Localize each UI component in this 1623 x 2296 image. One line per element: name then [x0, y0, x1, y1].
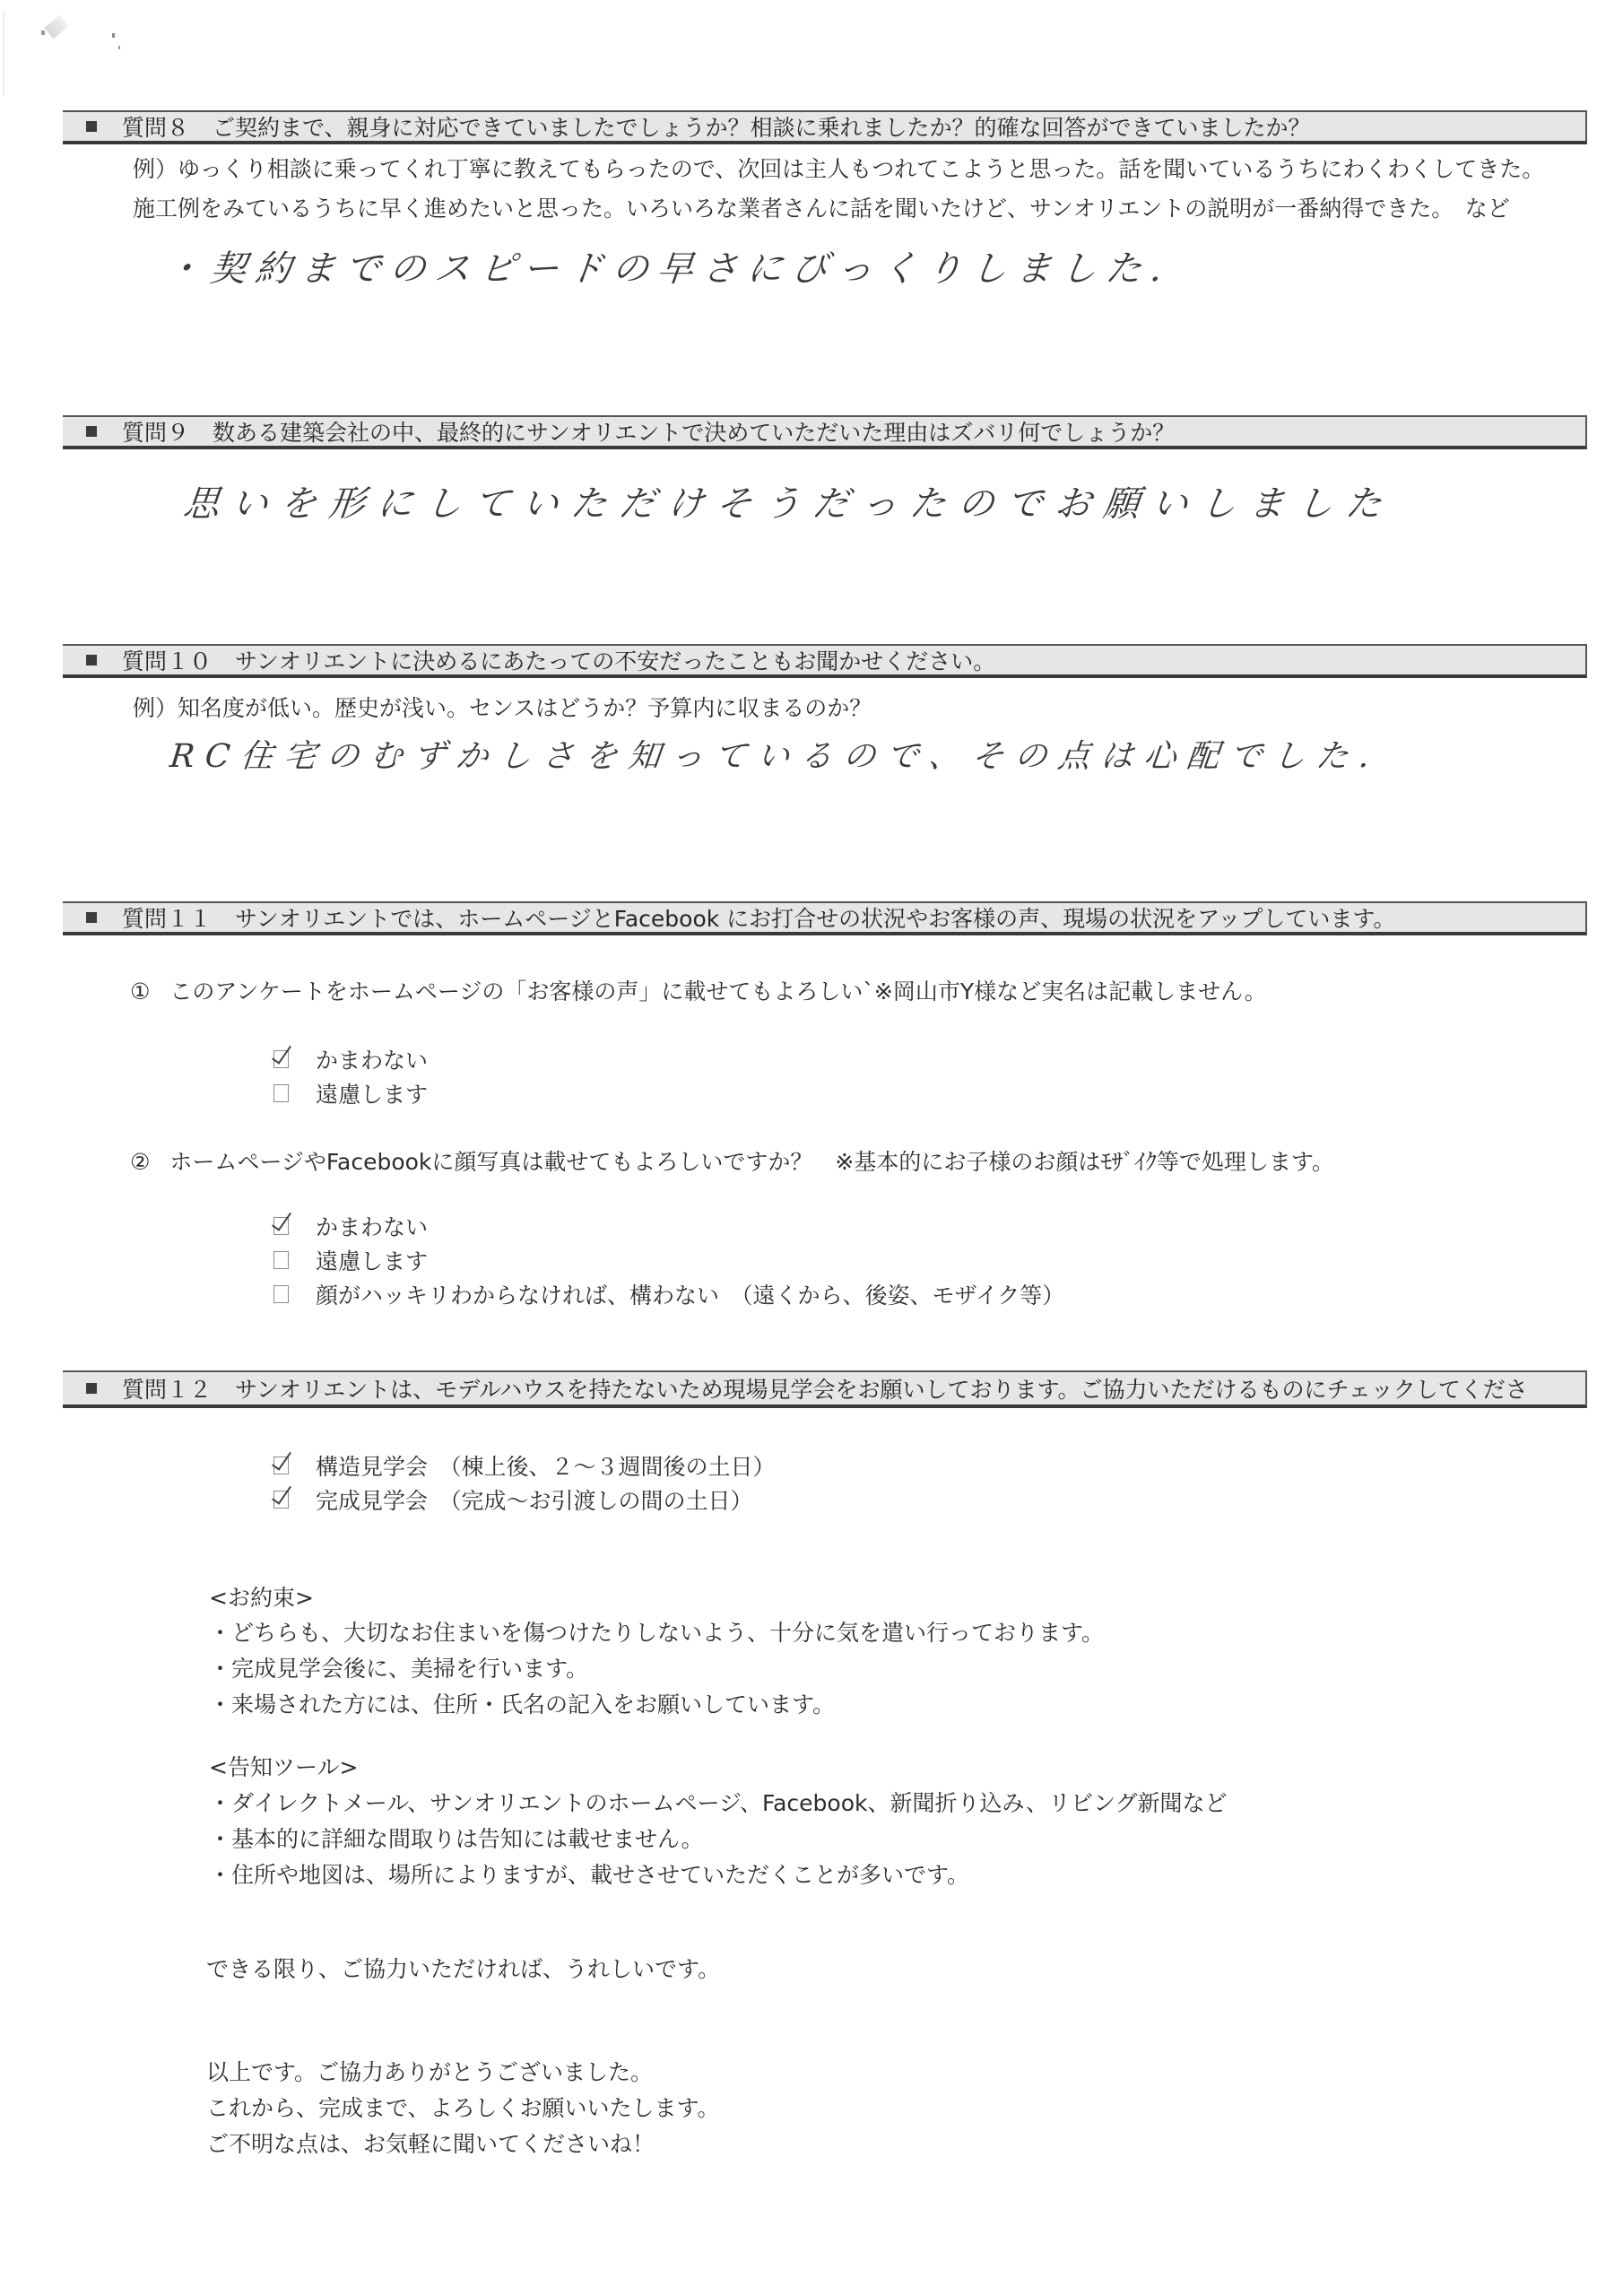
question-number: 質問１１ [122, 901, 212, 934]
option-label: 遠慮します [316, 1244, 428, 1276]
option-decline[interactable]: 遠慮します [273, 1077, 428, 1109]
bullet-item: ・どちらも、大切なお住まいを傷つけたりしないよう、十分に気を遣い行っております。 [209, 1615, 1104, 1648]
bullet-item: ・基本的に詳細な間取りは告知には載せません。 [209, 1822, 704, 1854]
sub-question-text: このアンケートをホームページの「お客様の声」に載せてもよろしい`※岡山市Y様など… [169, 978, 1266, 1004]
square-bullet-icon [86, 912, 97, 923]
option-allow[interactable]: かまわない [273, 1210, 428, 1242]
bullet-item: ・完成見学会後に、美掃を行います。 [209, 1651, 588, 1683]
question-title: サンオリエントは、モデルハウスを持たないため現場見学会をお願いしております。ご協… [235, 1372, 1528, 1405]
question-12-header: 質問１２ サンオリエントは、モデルハウスを持たないため現場見学会をお願いしており… [63, 1370, 1587, 1408]
bullet-item: ・ダイレクトメール、サンオリエントのホームページ、Facebook、新聞折り込み… [209, 1786, 1227, 1818]
option-label: 遠慮します [316, 1077, 428, 1109]
question-11-header: 質問１１ サンオリエントでは、ホームページとFacebook にお打合せの状況や… [63, 901, 1587, 935]
option-label: 顔がハッキリわからなければ、構わない （遠くから、後姿、モザイク等） [316, 1278, 1064, 1310]
checkbox-checked-icon[interactable] [273, 1217, 289, 1235]
checkbox-checked-icon[interactable] [273, 1050, 289, 1068]
question-8-header: 質問８ ご契約まで、親身に対応できていましたでしょうか？相談に乗れましたか？的確… [63, 110, 1587, 144]
option-label: かまわない [316, 1043, 428, 1075]
section-heading: <告知ツール> [209, 1750, 358, 1782]
question-number: 質問１０ [122, 644, 212, 676]
bullet-item: ・来場された方には、住所・氏名の記入をお願いしています。 [209, 1687, 835, 1719]
question-number: 質問１２ [122, 1372, 212, 1405]
option-completion-tour[interactable]: 完成見学会 （完成～お引渡しの間の土日） [273, 1483, 753, 1516]
option-label: かまわない [316, 1210, 428, 1242]
handwritten-answer: RC住宅のむずかしさを知っているので、その点は心配でした. [168, 731, 1383, 777]
sub-question-text: ホームページやFacebookに顔写真は載せてもよろしいですか？ ※基本的にお子… [169, 1149, 1333, 1175]
option-label: 完成見学会 （完成～お引渡しの間の土日） [316, 1483, 753, 1516]
option-structure-tour[interactable]: 構造見学会 （棟上後、２～３週間後の土日） [273, 1449, 776, 1482]
closing-line: 以上です。ご協力ありがとうございました。 [206, 2055, 653, 2087]
example-text: 施工例をみているうちに早く進めたいと思った。いろいろな業者さんに話を聞いたけど、… [133, 191, 1510, 223]
option-label: 構造見学会 （棟上後、２～３週間後の土日） [316, 1449, 776, 1482]
scan-artifact [112, 33, 115, 38]
section-heading: <お約束> [209, 1580, 314, 1613]
option-conditional[interactable]: 顔がハッキリわからなければ、構わない （遠くから、後姿、モザイク等） [273, 1278, 1064, 1310]
scan-artifact [41, 30, 45, 35]
square-bullet-icon [86, 1383, 97, 1394]
checkbox-unchecked-icon[interactable] [273, 1285, 289, 1303]
handwritten-answer: ・契約までのスピードの早さにびっくりしました. [163, 240, 1174, 291]
item-marker: ① [130, 978, 150, 1004]
scan-artifact [118, 46, 120, 49]
checkbox-checked-icon[interactable] [273, 1491, 289, 1509]
example-text: 例）ゆっくり相談に乗ってくれ丁寧に教えてもらったので、次回は主人もつれてこようと… [133, 152, 1544, 184]
checkbox-unchecked-icon[interactable] [273, 1251, 289, 1269]
scan-artifact [44, 15, 68, 39]
question-number: 質問８ [122, 110, 189, 143]
question-title: ご契約まで、親身に対応できていましたでしょうか？相談に乗れましたか？的確な回答が… [213, 110, 1311, 143]
square-bullet-icon [86, 426, 97, 437]
closing-line: これから、完成まで、よろしくお願いいたします。 [206, 2091, 720, 2123]
sub-question-2: ②ホームページやFacebookに顔写真は載せてもよろしいですか？ ※基本的にお… [130, 1144, 1334, 1177]
square-bullet-icon [86, 655, 97, 665]
question-number: 質問９ [122, 415, 189, 448]
square-bullet-icon [86, 121, 97, 132]
question-title: サンオリエントに決めるにあたっての不安だったこともお聞かせください。 [235, 644, 995, 676]
sub-question-1: ①このアンケートをホームページの「お客様の声」に載せてもよろしい`※岡山市Y様な… [130, 974, 1267, 1006]
option-allow[interactable]: かまわない [273, 1043, 428, 1075]
question-9-header: 質問９ 数ある建築会社の中、最終的にサンオリエントで決めていただいた理由はズバリ… [63, 415, 1587, 449]
checkbox-unchecked-icon[interactable] [273, 1084, 289, 1102]
question-title: 数ある建築会社の中、最終的にサンオリエントで決めていただいた理由はズバリ何でしょ… [213, 415, 1175, 448]
option-decline[interactable]: 遠慮します [273, 1244, 428, 1276]
closing-line: ご不明な点は、お気軽に聞いてくださいね！ [206, 2126, 655, 2159]
bullet-item: ・住所や地図は、場所によりますが、載せさせていただくことが多いです。 [209, 1857, 969, 1890]
question-10-header: 質問１０ サンオリエントに決めるにあたっての不安だったこともお聞かせください。 [63, 644, 1587, 678]
checkbox-checked-icon[interactable] [273, 1457, 289, 1474]
closing-request: できる限り、ご協力いただければ、うれしいです。 [206, 1952, 720, 1984]
scan-artifact [3, 11, 4, 96]
item-marker: ② [130, 1149, 150, 1175]
handwritten-answer: 思いを形にしていただけそうだったのでお願いしました [181, 475, 1397, 526]
question-title: サンオリエントでは、ホームページとFacebook にお打合せの状況やお客様の声… [235, 901, 1395, 934]
example-text: 例）知名度が低い。歴史が浅い。センスはどうか？予算内に収まるのか？ [133, 691, 872, 723]
